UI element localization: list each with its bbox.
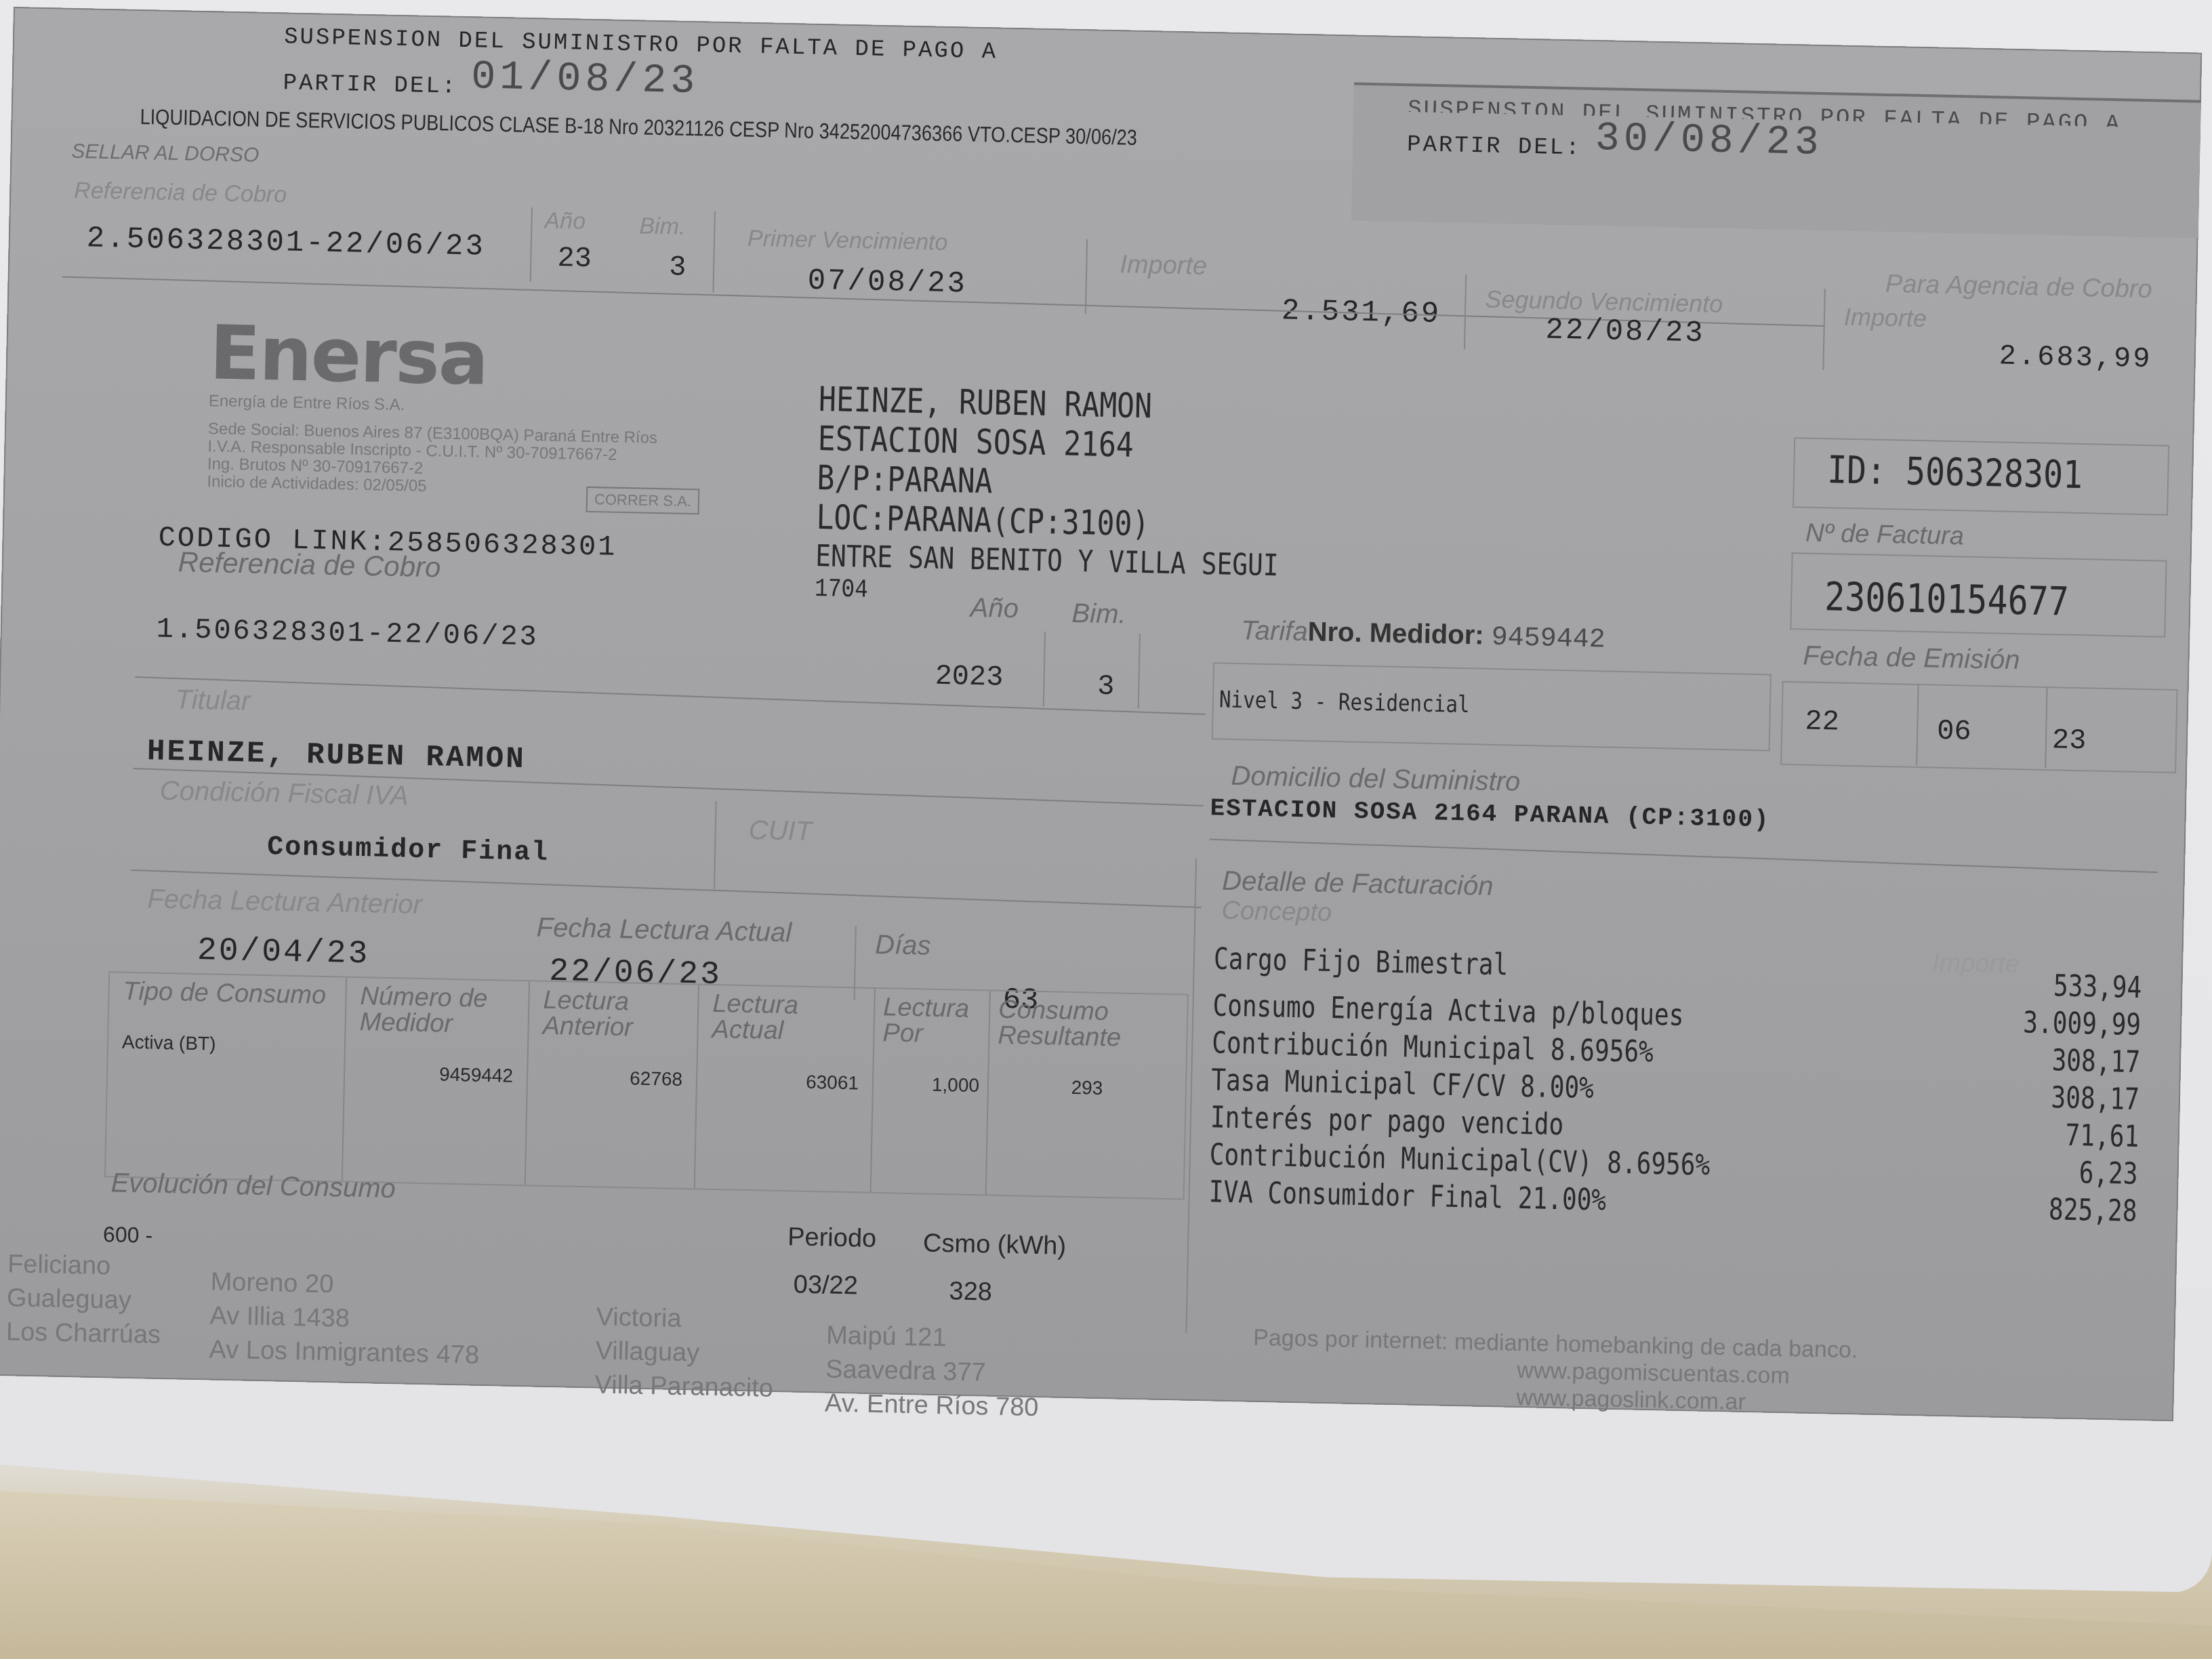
detalle-list: Cargo Fijo Bimestral 533,94 Consumo Ener…	[1208, 940, 2142, 1230]
column-header: Número de Medidor	[359, 983, 515, 1038]
emision-box	[1780, 681, 2177, 773]
detalle-concepto: Cargo Fijo Bimestral	[1213, 940, 1509, 993]
detalle-importe: 6,23	[2078, 1154, 2138, 1193]
condicion-fiscal-value: Consumidor Final	[267, 832, 550, 869]
offices-col-3: Victoria Villaguay Villa Paranacito	[594, 1300, 775, 1405]
company-block: Enersa Energía de Entre Ríos S.A. Sede S…	[207, 309, 806, 503]
office-city: Gualeguay	[7, 1281, 162, 1318]
detalle-importe: 308,17	[2051, 1079, 2139, 1118]
partir-label: PARTIR DEL:	[1407, 132, 1582, 161]
table-column: Tipo de Consumo Activa (BT)	[106, 972, 347, 1181]
emision-year: 23	[2051, 724, 2086, 757]
office-address: Saavedra 377	[825, 1353, 1040, 1391]
stub-agencia-label: Para Agencia de Cobro	[1885, 270, 2152, 304]
cuit-label: CUIT	[748, 815, 812, 847]
main-bim-label: Bim.	[1071, 598, 1126, 630]
column-header: Tipo de Consumo	[123, 979, 332, 1008]
stub-importe-label: Importe	[1120, 250, 1208, 281]
tarifa-value: Nivel 3 - Residencial	[1219, 686, 1470, 718]
emision-day: 22	[1805, 705, 1839, 739]
table-cell: 9459442	[359, 1062, 514, 1087]
detalle-importe: 308,17	[2051, 1042, 2140, 1081]
table-cell: Activa (BT)	[122, 1031, 331, 1057]
office-address: Av Los Inmigrantes 478	[209, 1332, 480, 1372]
stub-primer-venc-value: 07/08/23	[807, 264, 967, 302]
offices-col-2: Moreno 20 Av Illia 1438 Av Los Inmigrant…	[209, 1265, 481, 1372]
medidor-value: 9459442	[1491, 623, 1605, 656]
tarifa-label: Tarifa	[1241, 615, 1308, 647]
stub-anio-label: Año	[544, 207, 586, 234]
dias-label: Días	[875, 930, 931, 962]
column-header: Consumo Resultante	[998, 997, 1179, 1052]
suspension-date: 01/08/23	[471, 54, 699, 105]
concepto-label: Concepto	[1221, 897, 1332, 928]
stub-agencia-importe-label: Importe	[1844, 303, 1927, 333]
fecha-actual-label: Fecha Lectura Actual	[536, 912, 792, 948]
stub-ref-value: 2.506328301-22/06/23	[86, 222, 485, 264]
tarifa-row: TarifaNro. Medidor: 9459442	[1241, 615, 1606, 655]
main-anio-label: Año	[970, 593, 1019, 624]
stub-bim-value: 3	[669, 251, 687, 284]
column-header: Lectura Por	[882, 994, 981, 1048]
titular-label: Titular	[175, 684, 251, 716]
emision-month: 06	[1937, 715, 1971, 748]
office-address: Maipú 121	[826, 1319, 1040, 1357]
sellar-al-dorso: SELLAR AL DORSO	[71, 140, 259, 167]
table-column: Lectura Por 1,000	[872, 989, 991, 1194]
stub-segundo-venc-value: 22/08/23	[1545, 313, 1705, 350]
table-column: Consumo Resultante 293	[987, 991, 1187, 1199]
medidor-label: Nro. Medidor:	[1307, 617, 1484, 650]
stub-bim-label: Bim.	[639, 213, 686, 240]
domicilio-value: ESTACION SOSA 2164 PARANA (CP:3100)	[1210, 794, 1770, 834]
detalle-importe: 71,61	[2065, 1117, 2139, 1155]
office-city: Victoria	[596, 1300, 775, 1338]
detalle-importe: 825,28	[2049, 1191, 2137, 1230]
column-header: Lectura Actual	[712, 991, 861, 1046]
company-fine-print: Sede Social: Buenos Aires 87 (E3100BQA) …	[207, 420, 804, 503]
office-city: Villa Paranacito	[594, 1368, 773, 1406]
stub-ref-label: Referencia de Cobro	[74, 178, 287, 209]
table-cell: 1,000	[882, 1073, 980, 1097]
account-id: ID: 506328301	[1827, 448, 2083, 497]
stub-agencia-importe-value: 2.683,99	[1999, 340, 2152, 375]
table-column: Número de Medidor 9459442	[343, 978, 530, 1185]
office-city: Feliciano	[7, 1247, 163, 1284]
office-address: Av. Entre Ríos 780	[825, 1387, 1039, 1425]
pagos-block: Pagos por internet: mediante homebanking…	[1252, 1324, 1858, 1418]
main-ref-label: Referencia de Cobro	[178, 546, 441, 583]
office-address: Moreno 20	[210, 1265, 481, 1305]
table-column: Lectura Anterior 62768	[526, 981, 699, 1188]
distributor-stamp: CORRER S.A.	[586, 487, 700, 514]
offices-col-1: Feliciano Gualeguay Los Charrúas	[6, 1247, 163, 1352]
customer-address-block: HEINZE, RUBEN RAMON ESTACION SOSA 2164 B…	[815, 380, 1282, 613]
offices-col-4: Maipú 121 Saavedra 377 Av. Entre Ríos 78…	[825, 1319, 1041, 1425]
main-ref-value: 1.506328301-22/06/23	[156, 613, 539, 654]
detalle-importe: 533,94	[2053, 967, 2142, 1006]
consumo-table: Tipo de Consumo Activa (BT) Número de Me…	[104, 971, 1189, 1200]
suspension-date: 30/08/23	[1595, 116, 1823, 167]
factura-label: Nº de Factura	[1805, 519, 1964, 552]
periodo-label: Periodo	[787, 1223, 877, 1254]
suspension-notice-1: SUSPENSION DEL SUMINISTRO POR FALTA DE P…	[283, 24, 998, 111]
condicion-fiscal-label: Condición Fiscal IVA	[159, 776, 409, 812]
detalle-importe: 3.009,99	[2023, 1004, 2142, 1044]
csmo-label: Csmo (kWh)	[923, 1229, 1067, 1261]
office-city: Villaguay	[595, 1334, 774, 1372]
office-address: Av Illia 1438	[209, 1298, 480, 1338]
stub-segundo-venc-label: Segundo Vencimiento	[1485, 285, 1723, 319]
factura-number: 230610154677	[1824, 573, 2070, 625]
evolucion-title: Evolución del Consumo	[110, 1168, 396, 1204]
stub-anio-value: 23	[557, 242, 592, 275]
periodo-value: 03/22	[793, 1271, 858, 1301]
csmo-value: 328	[949, 1277, 992, 1307]
column-header: Lectura Anterior	[542, 987, 684, 1042]
detalle-concepto: IVA Consumidor Final 21.00%	[1208, 1173, 1607, 1218]
domicilio-label: Domicilio del Suministro	[1231, 761, 1521, 798]
electricity-bill: SUSPENSION DEL SUMINISTRO POR FALTA DE P…	[0, 7, 2202, 1421]
emision-label: Fecha de Emisión	[1803, 641, 2020, 676]
office-city: Los Charrúas	[6, 1315, 161, 1352]
table-cell: 63061	[711, 1069, 859, 1094]
partir-label: PARTIR DEL:	[283, 70, 457, 100]
table-column: Lectura Actual 63061	[695, 985, 876, 1192]
chart-axis-tick: 600 -	[103, 1222, 153, 1248]
table-cell: 293	[997, 1076, 1178, 1101]
main-bim-value: 3	[1097, 670, 1115, 703]
table-cell: 62768	[541, 1066, 683, 1090]
main-anio-value: 2023	[935, 660, 1004, 694]
stub-primer-venc-label: Primer Vencimiento	[747, 226, 948, 256]
fecha-anterior-value: 20/04/23	[197, 933, 370, 972]
fecha-anterior-label: Fecha Lectura Anterior	[147, 884, 422, 920]
